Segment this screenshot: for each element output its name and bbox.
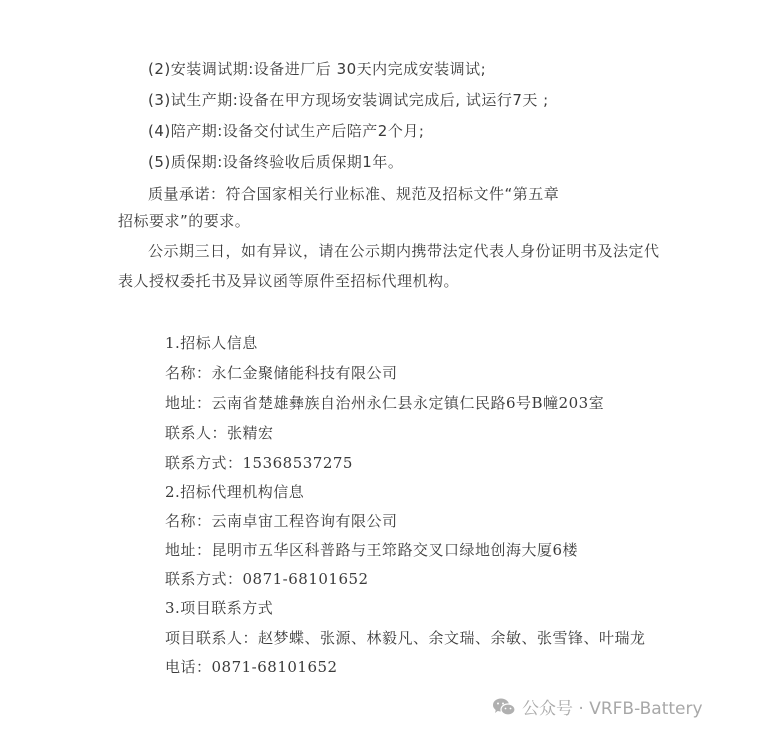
wechat-icon (492, 697, 516, 717)
tenderer-name: 名称：永仁金聚储能科技有限公司 (165, 362, 398, 383)
period-accompany: (4)陪产期:设备交付试生产后陪产2个月; (148, 120, 424, 141)
notice-line2: 表人授权委托书及异议函等原件至招标代理机构。 (118, 270, 459, 291)
watermark: 公众号 · VRFB-Battery (492, 694, 703, 719)
agency-name: 名称：云南卓宙工程咨询有限公司 (165, 510, 398, 531)
quality-commitment-line1: 质量承诺：符合国家相关行业标准、规范及招标文件“第五章 (148, 183, 559, 204)
tenderer-phone: 联系方式：15368537275 (165, 452, 353, 473)
project-contacts: 项目联系人：赵梦蝶、张源、林毅凡、余文瑞、余敏、张雪锋、叶瑞龙 (165, 627, 646, 648)
period-warranty: (5)质保期:设备终验收后质保期1年。 (148, 151, 403, 172)
notice-line1: 公示期三日，如有异议，请在公示期内携带法定代表人身份证明书及法定代 (148, 240, 660, 261)
project-heading: 3.项目联系方式 (165, 597, 273, 618)
agency-address: 地址：昆明市五华区科普路与王筇路交叉口绿地创海大厦6楼 (165, 539, 578, 560)
project-phone: 电话：0871-68101652 (165, 656, 338, 677)
period-trial: (3)试生产期:设备在甲方现场安装调试完成后, 试运行7天 ; (148, 89, 549, 110)
quality-commitment-line2: 招标要求”的要求。 (118, 210, 250, 231)
tenderer-contact: 联系人：张精宏 (165, 422, 274, 443)
tenderer-heading: 1.招标人信息 (165, 332, 258, 353)
tenderer-address: 地址：云南省楚雄彝族自治州永仁县永定镇仁民路6号B幢203室 (165, 392, 604, 413)
agency-heading: 2.招标代理机构信息 (165, 481, 304, 502)
watermark-text: 公众号 · VRFB-Battery (522, 694, 703, 719)
period-install: (2)安装调试期:设备进厂后 30天内完成安装调试; (148, 58, 486, 79)
agency-phone: 联系方式：0871-68101652 (165, 568, 369, 589)
